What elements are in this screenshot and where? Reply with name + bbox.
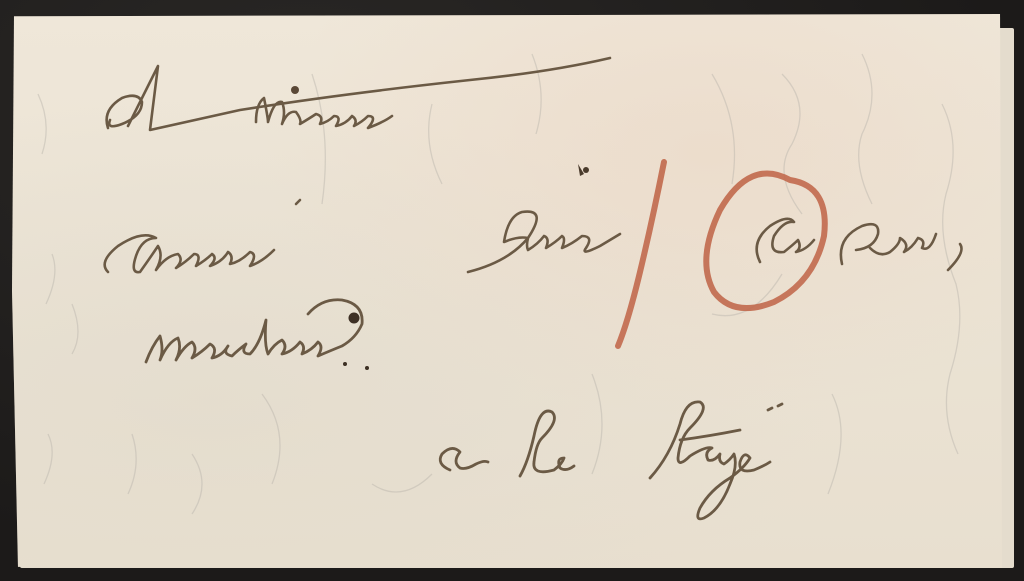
handwriting-destination xyxy=(440,402,782,519)
postal-rate-marking xyxy=(618,162,825,346)
handwriting-name xyxy=(105,200,962,272)
handwriting-layer xyxy=(0,0,1024,581)
handwriting-occupation xyxy=(146,300,369,370)
ink-specks xyxy=(578,164,589,176)
handwriting-salutation xyxy=(107,58,610,130)
